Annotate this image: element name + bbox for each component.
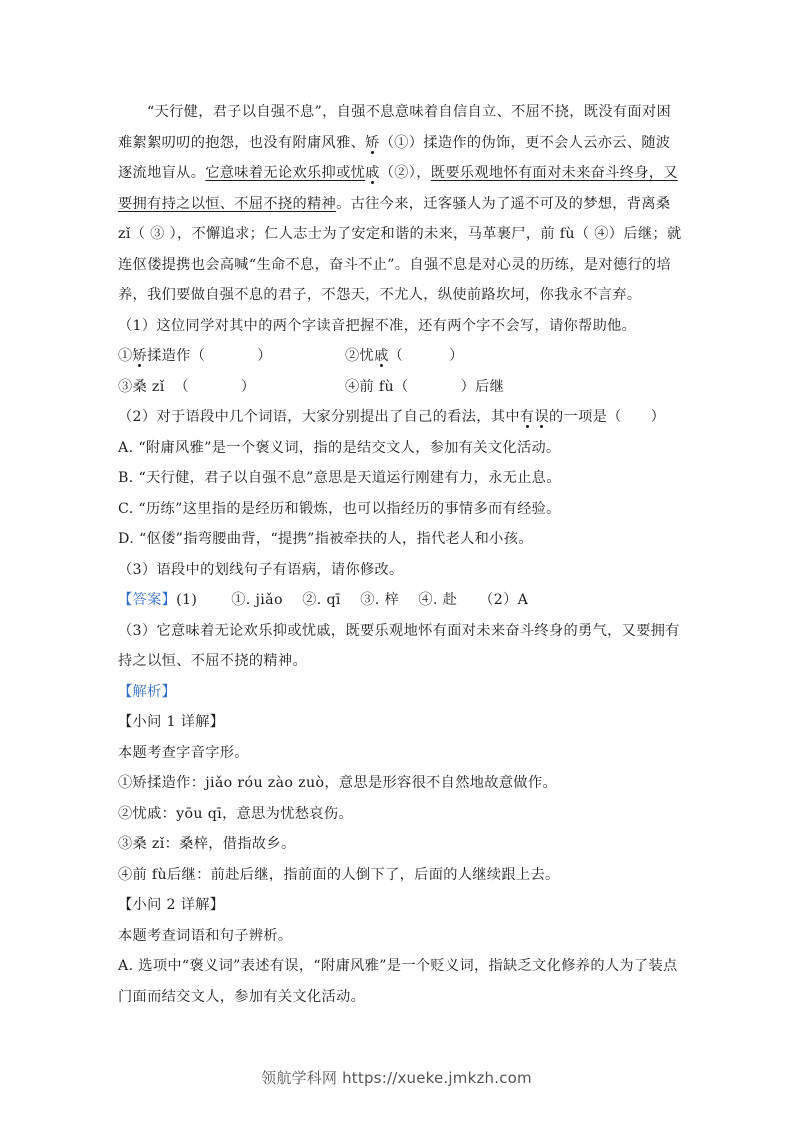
item-text: ） <box>257 348 272 364</box>
question-2-prompt: （2）对于语段中几个词语，大家分别提出了自己的看法，其中有误的一项是（ ） <box>118 402 684 433</box>
analysis-line: ②忧戚：yōu qī，意思为忧愁哀伤。 <box>118 799 684 830</box>
passage-text: （②）， <box>380 165 431 181</box>
emphasis-char: 戚 <box>374 348 389 364</box>
analysis-line: 本题考查字音字形。 <box>118 738 684 769</box>
item-text: ） <box>241 379 256 395</box>
q1-item-4: ④前 fù（）后继 <box>345 372 504 403</box>
sub-question-1-title: 【小问 1 详解】 <box>118 707 684 738</box>
item-label: ④前 fù（ <box>345 379 409 395</box>
option-a: A. “附庸风雅”是一个褒义词，指的是结交文人，参加有关文化活动。 <box>118 433 684 464</box>
analysis-line: ④前 fù后继：前赴后继，指前面的人倒下了，后面的人继续跟上去。 <box>118 860 684 891</box>
option-c: C. “历练”这里指的是经历和锻炼，也可以指经历的事情多而有经验。 <box>118 494 684 525</box>
option-b: B. “天行健，君子以自强不息”意思是天道运行刚建有力，永无止息。 <box>118 463 684 494</box>
answer-line-2: （3）它意味着无论欢乐抑或忧戚，既要乐观地怀有面对未来奋斗终身的勇气，又要拥有持… <box>118 616 684 677</box>
analysis-label: 【解析】 <box>118 677 684 708</box>
item-label: ②忧 <box>345 348 374 364</box>
emphasis-char: 戚 <box>365 165 380 181</box>
option-d: D. “伛偻”指弯腰曲背，“提携”指被牵扶的人，指代老人和小孩。 <box>118 524 684 555</box>
analysis-line: 本题考查词语和句子辨析。 <box>118 921 684 952</box>
item-label: ① <box>118 348 133 364</box>
question-1-items-row-2: ③桑 zǐ （） ④前 fù（）后继 <box>118 372 684 403</box>
document-content: “天行健，君子以自强不息”，自强不息意味着自信自立、不屈不挠，既没有面对困难絮絮… <box>118 97 684 1012</box>
emphasis-char: 有 <box>520 409 535 425</box>
item-text: ）后继 <box>461 379 505 395</box>
q1-item-1: ①矫揉造作（） <box>118 341 345 372</box>
emphasis-char: 误 <box>534 409 549 425</box>
document-page: “天行健，君子以自强不息”，自强不息意味着自信自立、不屈不挠，既没有面对困难絮絮… <box>0 0 793 1122</box>
item-text: ） <box>449 348 464 364</box>
passage-paragraph: “天行健，君子以自强不息”，自强不息意味着自信自立、不屈不挠，既没有面对困难絮絮… <box>118 97 684 311</box>
answer-text: (1) ①. jiǎo ②. qī ③. 梓 ④. 赴 （2）A <box>176 592 528 608</box>
sub-question-2-title: 【小问 2 详解】 <box>118 890 684 921</box>
emphasis-char: 矫 <box>365 135 380 151</box>
question-1-prompt: （1）这位同学对其中的两个字读音把握不准，还有两个字不会写，请你帮助他。 <box>118 311 684 342</box>
emphasis-char: 矫 <box>133 348 148 364</box>
analysis-line: ③桑 zǐ：桑梓，借指故乡。 <box>118 829 684 860</box>
analysis-line: A. 选项中“褒义词”表述有误，“附庸风雅”是一个贬义词，指缺乏文化修养的人为了… <box>118 951 684 1012</box>
answer-label: 【答案】 <box>118 592 176 608</box>
question-3-prompt: （3）语段中的划线句子有语病，请你修改。 <box>118 555 684 586</box>
prompt-text: 的一项是（ ） <box>549 409 665 425</box>
analysis-line: ①矫揉造作：jiǎo róu zào zuò，意思是形容很不自然地故意做作。 <box>118 768 684 799</box>
item-text: 揉造作（ <box>147 348 205 364</box>
item-text: （ <box>165 379 189 395</box>
item-label: ③桑 zǐ <box>118 379 165 395</box>
q1-item-3: ③桑 zǐ （） <box>118 372 345 403</box>
question-1-items-row-1: ①矫揉造作（） ②忧戚（） <box>118 341 684 372</box>
item-text: （ <box>389 348 404 364</box>
underlined-sentence: 它意味着无论欢乐抑或忧 <box>205 165 365 181</box>
underlined-text: 它意味着无论欢乐抑或忧 <box>205 165 365 181</box>
footer-watermark: 领航学科网 https://xueke.jmkzh.com <box>0 1067 793 1088</box>
prompt-text: （2）对于语段中几个词语，大家分别提出了自己的看法，其中 <box>118 409 520 425</box>
q1-item-2: ②忧戚（） <box>345 341 464 372</box>
answer-line-1: 【答案】(1) ①. jiǎo ②. qī ③. 梓 ④. 赴 （2）A <box>118 585 684 616</box>
